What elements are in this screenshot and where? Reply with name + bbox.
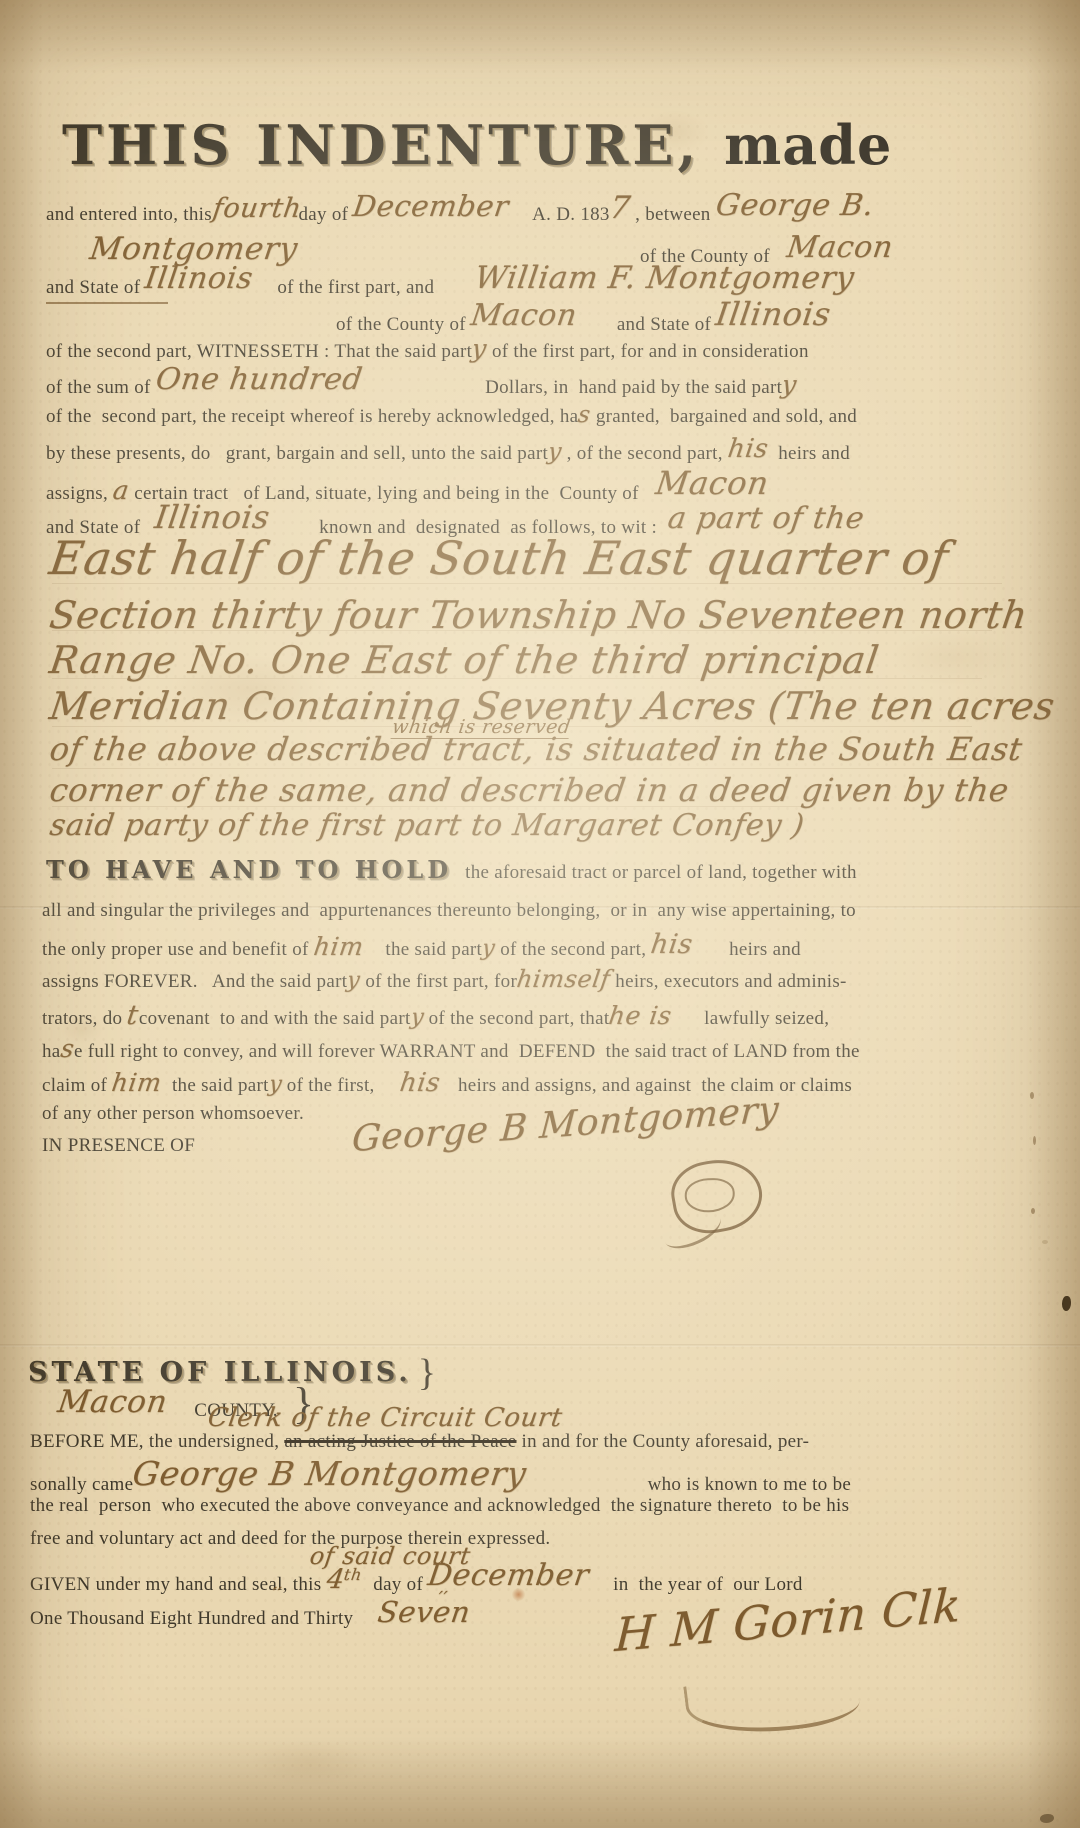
seal-scrawl <box>666 1153 767 1240</box>
handwritten-text: East half of the South East quarter of <box>47 535 952 581</box>
printed-text: the real person who executed the above c… <box>30 1496 849 1515</box>
printed-text: , of the second part, <box>562 444 728 463</box>
desc-line-3: Range No. One East of the third principa… <box>50 641 879 679</box>
ink-speck <box>1042 1240 1048 1244</box>
printed-text: of the second part, WITNESSETH : That th… <box>46 342 472 361</box>
handwritten-text: Macon <box>469 301 579 331</box>
printed-text: ha <box>42 1042 61 1061</box>
brace-glyph: } <box>418 1354 436 1392</box>
signature-flourish <box>683 1666 862 1743</box>
handwritten-text: corner of the same, and described in a d… <box>48 774 1011 806</box>
printed-text: covenant to and with the said part <box>139 1009 411 1028</box>
printed-text: of the second part, <box>495 940 651 959</box>
handwritten-text: Illinois <box>714 298 833 330</box>
handwritten-text: Illinois <box>143 264 255 294</box>
handwritten-text: George B. <box>714 191 876 221</box>
handwritten-text: a <box>111 478 131 504</box>
handwritten-text: his <box>726 436 770 462</box>
printed-text: by these presents, do grant, bargain and… <box>46 444 548 463</box>
signature-grantor: George B Montgomery <box>351 1092 780 1158</box>
handwritten-text: William F. Montgomery <box>473 263 856 294</box>
ornate-heading: TO HAVE AND TO HOLD <box>46 858 452 882</box>
ink-fleck <box>1062 1296 1071 1311</box>
body-line-18: of any other person whomsoever. <box>42 1104 304 1123</box>
printed-text: assigns, <box>46 484 113 503</box>
printed-text: in the year of our Lord <box>603 1575 803 1594</box>
printed-text: the said part <box>375 940 482 959</box>
struck-text: an acting Justice of the Peace <box>284 1432 516 1451</box>
handwritten-text: December <box>351 192 511 221</box>
printed-text: A. D. 183 <box>523 205 610 224</box>
printed-text: One Thousand Eight Hundred and Thirty <box>30 1609 358 1628</box>
paper-crease <box>0 1344 1080 1347</box>
ack-line-3: the real person who executed the above c… <box>30 1496 849 1515</box>
handwritten-text: Macon <box>56 1387 170 1418</box>
handwritten-text: 7 <box>608 193 633 224</box>
handwritten-text: One hundred <box>154 365 364 395</box>
printed-text: heirs and assigns, and against the claim… <box>448 1076 852 1095</box>
body-line-4-dash <box>46 300 168 316</box>
printed-text: lawfully seized, <box>694 1009 829 1028</box>
printed-text: of the second part, that <box>424 1009 610 1028</box>
printed-text: heirs and <box>719 940 801 959</box>
handwritten-text: himself <box>515 967 612 991</box>
printed-text: of the County of <box>336 315 471 334</box>
handwritten-text: th <box>343 1567 363 1583</box>
printed-text: who is known to me to be <box>643 1475 852 1494</box>
printed-text: heirs, executors and adminis- <box>610 972 846 991</box>
handwritten-text: Range No. One East of the third principa… <box>47 641 881 679</box>
printed-text: of the second part, the receipt whereof … <box>46 407 578 426</box>
desc-line-1: East half of the South East quarter of <box>50 535 948 581</box>
handwritten-text: said party of the first part to Margaret… <box>48 811 806 841</box>
printed-text: IN PRESENCE OF <box>42 1136 195 1155</box>
handwritten-text: him <box>312 934 365 959</box>
handwritten-text: Section thirty four Township No Seventee… <box>47 596 1030 634</box>
desc-line-6: corner of the same, and described in a d… <box>50 774 1009 806</box>
ornate-heading: THIS INDENTURE, <box>62 118 700 172</box>
printed-text: of the first part, for <box>360 972 517 991</box>
handwritten-text: Seven <box>376 1598 472 1627</box>
desc-line-2: Section thirty four Township No Seventee… <box>50 596 1027 634</box>
printed-text: assigns FOREVER. And the said part <box>42 972 347 991</box>
body-line-15: trators, do tcovenant to and with the sa… <box>42 1002 829 1029</box>
handwritten-text: Macon <box>654 467 771 499</box>
printed-text: and entered into, this <box>46 205 217 224</box>
desc-line-5: of the above described tract, is situate… <box>50 733 1022 765</box>
printed-text: of the first, <box>282 1076 380 1095</box>
body-line-5: of the second part, WITNESSETH : That th… <box>46 336 809 361</box>
title-text: made <box>704 118 892 172</box>
handwritten-text: y <box>780 372 798 397</box>
printed-text: of the sum of <box>46 378 156 397</box>
body-line-14: assigns FOREVER. And the said party of t… <box>42 967 847 992</box>
handwritten-text: George B Montgomery <box>131 1457 529 1490</box>
printed-text: day of <box>293 205 353 224</box>
ink-fleck <box>1040 1814 1054 1823</box>
ack-line-6: One Thousand Eight Hundred and Thirty Se… <box>30 1600 471 1629</box>
handwritten-text: a part of the <box>666 504 866 534</box>
body-line-1: and entered into, this fourth day of Dec… <box>46 195 873 226</box>
printed-text: of the first part, for and in considerat… <box>487 342 809 361</box>
printed-text: of the first part, and <box>267 278 439 297</box>
handwritten-text: Illinois <box>153 501 272 533</box>
ink-speck <box>1030 1092 1034 1099</box>
body-line-6: of the sum of One hundred Dollars, in ha… <box>46 369 797 399</box>
printed-text: granted, bargained and sold, and <box>591 407 857 426</box>
handwritten-text: December <box>426 1561 591 1591</box>
printed-text: the only proper use and benefit of <box>42 940 314 959</box>
printed-text: claim of <box>42 1076 112 1095</box>
ack-line-2: sonally cameGeorge B Montgomery who is k… <box>30 1462 851 1495</box>
printed-text: the aforesaid tract or parcel of land, t… <box>460 863 857 882</box>
body-line-4: of the County of Macon and State of Illi… <box>336 303 831 336</box>
handwritten-text: Macon <box>785 233 895 263</box>
handwritten-text: of the above described tract, is situate… <box>48 733 1025 765</box>
printed-text: trators, do <box>42 1009 127 1028</box>
desc-line-7: said party of the first part to Margaret… <box>50 811 804 841</box>
body-line-9: assigns, a certain tract of Land, situat… <box>46 472 768 504</box>
document-paper: THIS INDENTURE, madeand entered into, th… <box>0 0 1080 1828</box>
body-line-7: of the second part, the receipt whereof … <box>46 404 857 427</box>
handwritten-text: he is <box>608 1003 674 1028</box>
ruled-guide-line <box>52 768 992 769</box>
caret-mark: ′′ <box>271 1586 283 1604</box>
insert-clerk-title: Clerk of the Circuit Court <box>208 1405 562 1431</box>
printed-text: all and singular the privileges and appu… <box>42 901 856 920</box>
printed-text: day of <box>368 1575 428 1594</box>
printed-text: e full right to convey, and will forever… <box>74 1042 860 1061</box>
body-line-13: the only proper use and benefit of him t… <box>42 933 801 960</box>
ack-line-1: BEFORE ME, the undersigned, an acting Ju… <box>30 1432 809 1451</box>
stain <box>250 1740 370 1786</box>
title-line: THIS INDENTURE, made <box>62 118 892 172</box>
printed-text: and State of <box>607 315 717 334</box>
printed-text: in and for the County aforesaid, per- <box>517 1432 810 1451</box>
ink-speck <box>1031 1208 1035 1214</box>
body-line-12: all and singular the privileges and appu… <box>42 901 856 920</box>
handwritten-text: his <box>398 1070 442 1096</box>
body-line-11: TO HAVE AND TO HOLD the aforesaid tract … <box>46 858 857 882</box>
presence-label: IN PRESENCE OF <box>42 1136 195 1155</box>
printed-text: heirs and <box>768 444 850 463</box>
handwritten-text: his <box>649 931 694 958</box>
ink-speck <box>1033 1136 1036 1145</box>
handwritten-insertion: Clerk of the Circuit Court <box>206 1405 564 1431</box>
blank-line-dash <box>46 302 168 304</box>
printed-text: the said part <box>162 1076 269 1095</box>
printed-text: Dollars, in hand paid by the said part <box>480 378 782 397</box>
printed-text: of any other person whomsoever. <box>42 1104 304 1123</box>
printed-text: , between <box>630 205 716 224</box>
printed-text: and State of <box>46 278 145 297</box>
caret-mark-2: ′′ <box>272 1586 281 1604</box>
printed-text: sonally came <box>30 1475 133 1494</box>
ack-line-5: GIVEN under my hand and seal, this 4th d… <box>30 1566 803 1596</box>
signature-text: George B Montgomery <box>351 1092 780 1158</box>
handwritten-text: him <box>110 1070 163 1095</box>
body-line-8: by these presents, do grant, bargain and… <box>46 438 850 464</box>
printed-text: BEFORE ME, the undersigned, <box>30 1432 284 1451</box>
handwritten-text: fourth <box>211 195 303 222</box>
body-line-16: hase full right to convey, and will fore… <box>42 1036 860 1061</box>
